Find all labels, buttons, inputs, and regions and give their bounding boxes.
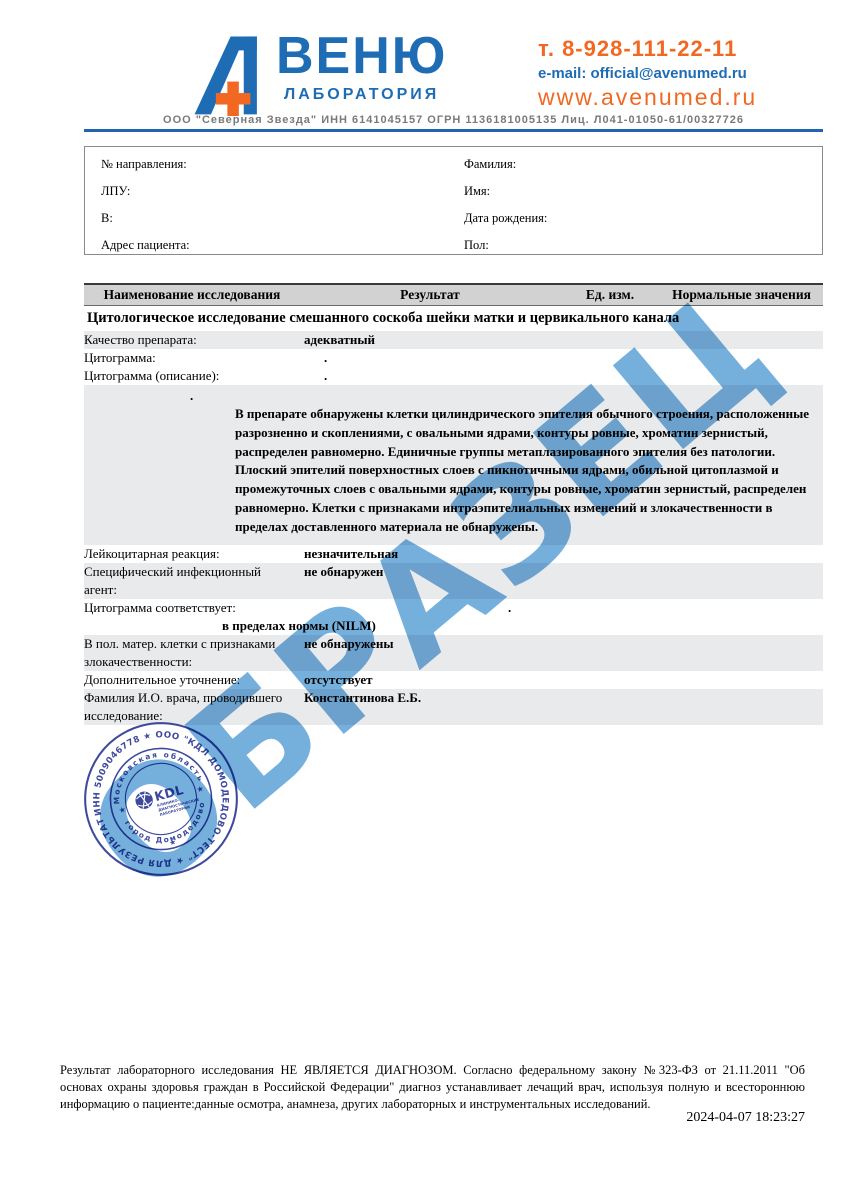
row-label: В пол. матер. клетки с признаками злокач…	[84, 635, 296, 671]
table-row: Специфический инфекционный агент: не обн…	[84, 563, 823, 599]
row-label: Цитограмма:	[84, 349, 296, 367]
row-label: Цитограмма соответствует:	[84, 599, 296, 617]
row-value: адекватный	[296, 331, 823, 349]
row-value: не обнаружен	[296, 563, 823, 599]
col-test-name: Наименование исследования	[84, 287, 300, 303]
table-row: Цитограмма соответствует: .	[84, 599, 823, 617]
brand-name: ВЕНЮ	[276, 26, 447, 86]
patient-info-box: № направления: Фамилия: ЛПУ: Имя: В: Дат…	[84, 146, 823, 255]
stamp-star-left-icon: ★	[118, 805, 127, 816]
field-lpu: ЛПУ:	[101, 184, 130, 199]
row-label: Специфический инфекционный агент:	[84, 563, 296, 599]
header-contact: т. 8-928-111-22-11 e-mail: official@aven…	[538, 36, 818, 111]
row-value: .	[296, 367, 823, 385]
section-title: Цитологическое исследование смешанного с…	[84, 306, 823, 331]
contact-phone: т. 8-928-111-22-11	[538, 36, 818, 62]
field-first-name: Имя:	[464, 184, 490, 199]
row-value: отсутствует	[296, 671, 823, 689]
table-header-row: Наименование исследования Результат Ед. …	[84, 283, 823, 306]
col-normal-values: Нормальные значения	[660, 287, 823, 303]
row-label: Качество препарата:	[84, 331, 296, 349]
contact-website: www.avenumed.ru	[538, 84, 818, 111]
table-row: В пол. матер. клетки с признаками злокач…	[84, 635, 823, 671]
results-table: Наименование исследования Результат Ед. …	[84, 283, 823, 725]
table-row: Дополнительное уточнение: отсутствует	[84, 671, 823, 689]
header-divider-rule	[84, 129, 823, 132]
row-value: Константинова Е.Б.	[296, 689, 823, 725]
avenue-logo-icon	[188, 34, 270, 116]
row-label: Лейкоцитарная реакция:	[84, 545, 296, 563]
row-value: не обнаружены	[296, 635, 823, 671]
cytogram-description-block: . В препарате обнаружены клетки цилиндри…	[84, 385, 823, 545]
footer-disclaimer: Результат лабораторного исследования НЕ …	[60, 1062, 805, 1113]
company-info-line: ООО "Северная Звезда" ИНН 6141045157 ОГР…	[84, 114, 823, 126]
brand-tagline: ЛАБОРАТОРИЯ	[284, 86, 439, 104]
field-v: В:	[101, 211, 113, 226]
kdl-stamp-seal: ИНН 5009046778 ★ ООО "КДЛ ДОМОДЕДОВО-ТЕС…	[82, 720, 240, 878]
row-value: .	[296, 599, 823, 617]
header-logo: ВЕНЮ ЛАБОРАТОРИЯ	[188, 34, 448, 114]
field-patient-address: Адрес пациента:	[101, 238, 190, 253]
cytogram-description-text: В препарате обнаружены клетки цилиндриче…	[235, 405, 815, 537]
col-result: Результат	[300, 287, 560, 303]
col-units: Ед. изм.	[560, 287, 660, 303]
contact-email: e-mail: official@avenumed.ru	[538, 65, 818, 82]
row-value: незначительная	[296, 545, 823, 563]
field-referral-number: № направления:	[101, 157, 187, 172]
field-sex: Пол:	[464, 238, 489, 253]
row-label: Дополнительное уточнение:	[84, 671, 296, 689]
row-label: Цитограмма (описание):	[84, 367, 296, 385]
row-value: .	[296, 349, 823, 367]
field-last-name: Фамилия:	[464, 157, 516, 172]
table-row: Цитограмма: .	[84, 349, 823, 367]
stamp-star-right-icon: ★	[196, 784, 205, 795]
nilm-note: в пределах нормы (NILM)	[84, 617, 823, 635]
table-row: Лейкоцитарная реакция: незначительная	[84, 545, 823, 563]
table-row: Цитограмма (описание): .	[84, 367, 823, 385]
lab-report-page: ВЕНЮ ЛАБОРАТОРИЯ т. 8-928-111-22-11 e-ma…	[0, 0, 848, 1200]
field-birth-date: Дата рождения:	[464, 211, 547, 226]
report-timestamp: 2024-04-07 18:23:27	[60, 1110, 805, 1126]
description-dot: .	[84, 387, 823, 405]
table-row: Качество препарата: адекватный	[84, 331, 823, 349]
